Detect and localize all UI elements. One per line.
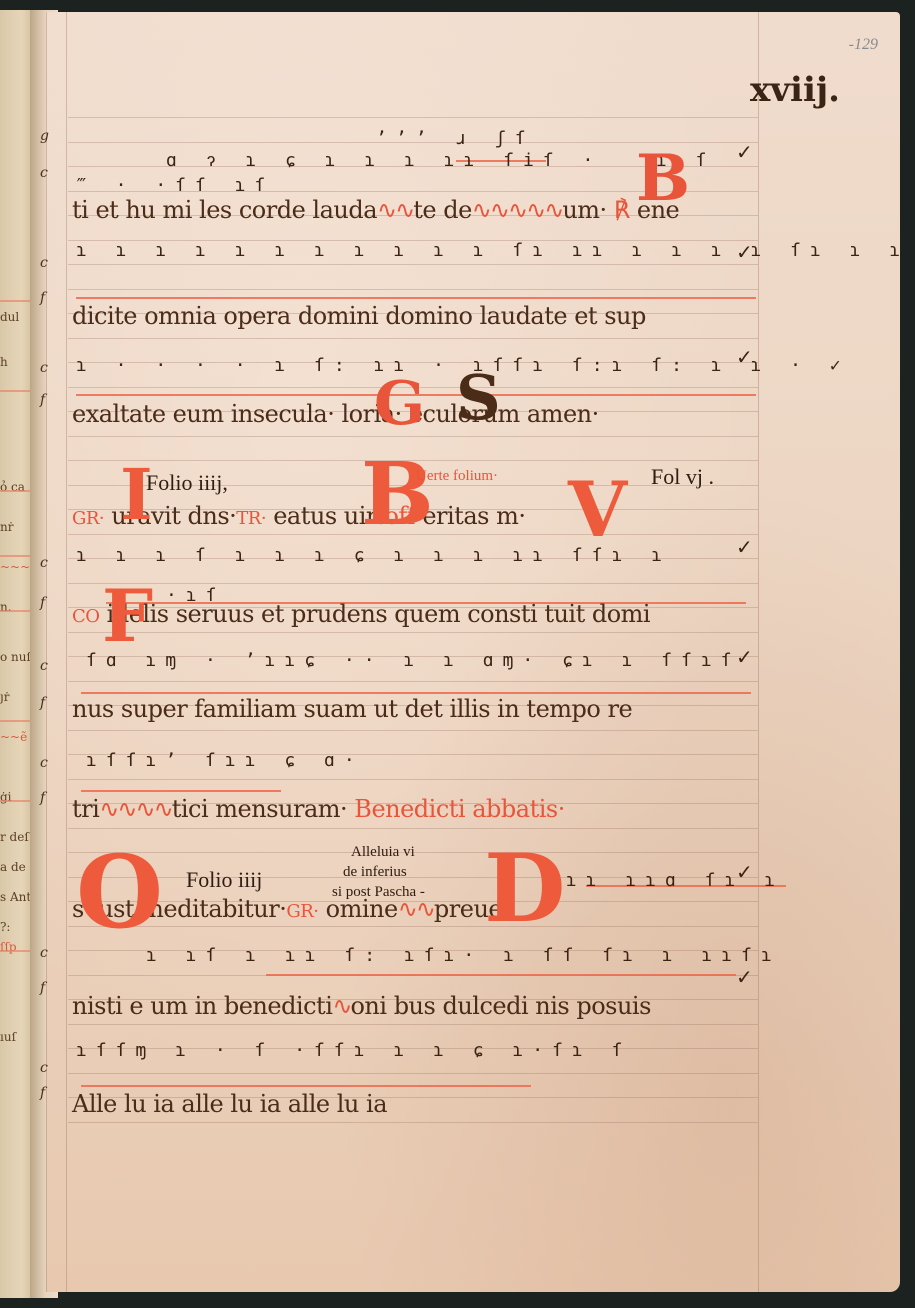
marginal-note: si post Pascha -	[332, 884, 425, 901]
neume-line: ſɑ ɿɱ · ʼɿɿɕ ·· ɿ ɿ ɑɱ· ɕɿ ɿ ſſɿſ	[86, 650, 741, 671]
marginal-note: Fol vj .	[651, 464, 714, 490]
lyric-line: nus super familiam suam ut det illis in …	[72, 695, 632, 723]
ruling-line	[68, 926, 758, 927]
facing-page-fragment: nṙ	[0, 520, 13, 534]
rubric-text: ℟	[607, 196, 637, 224]
lyric-text: nisti e um in benedicti	[72, 992, 332, 1020]
ruling-line	[68, 779, 758, 780]
clef-c: c	[40, 945, 48, 961]
facing-page-fragment: ıuſ	[0, 1030, 16, 1044]
lyric-line: dicite omnia opera domini domino laudate…	[72, 302, 646, 330]
melisma-flourish: ∿	[332, 992, 350, 1020]
ruling-line	[68, 338, 758, 339]
ruling-line	[68, 289, 758, 290]
ruling-line	[68, 264, 758, 265]
ruling-line	[68, 1122, 758, 1123]
lyric-line: ti et hu mi les corde lauda∿∿te de∿∿∿∿∿u…	[72, 196, 679, 224]
clef-c: c	[40, 755, 48, 771]
marginal-note: Folio iiij,	[146, 470, 228, 496]
ruling-line	[68, 632, 758, 633]
clef-f: f	[40, 392, 45, 408]
initial-letter-g: G	[374, 374, 425, 434]
initial-letter-o: O	[76, 842, 163, 942]
facing-page-fragment: h	[0, 355, 8, 369]
custos-mark: ✓	[736, 240, 753, 264]
lyric-text: tri	[72, 795, 99, 823]
lyric-text: oni bus dulcedi nis posuis	[350, 992, 650, 1020]
neume-line: ʼʼʼ ɹ ʃſ	[376, 128, 535, 149]
lyric-line: exaltate eum insecula· loria· eculorum a…	[72, 400, 599, 428]
custos-mark: ✓	[736, 645, 753, 669]
right-margin-rule	[758, 12, 759, 1292]
lyric-text: exaltate eum insecula· loria· eculorum a…	[72, 400, 599, 428]
inner-margin-rule	[66, 12, 67, 1292]
clef-f: f	[40, 1085, 45, 1101]
facing-page-fragment: ~~~	[0, 560, 30, 574]
clef-f: f	[40, 595, 45, 611]
lyric-text: idelis seruus et prudens quem consti tui…	[100, 600, 651, 628]
red-staff-line	[81, 790, 281, 792]
facing-page-fragment: ?:	[0, 920, 10, 934]
custos-mark: ✓	[736, 965, 753, 989]
facing-page-fragment: r deſ	[0, 830, 29, 844]
clef-c: c	[40, 360, 48, 376]
rubric-text: TR·	[236, 508, 266, 529]
lyric-text: ti et hu mi les corde lauda	[72, 196, 377, 224]
red-staff-line	[81, 692, 751, 694]
clef-f: f	[40, 980, 45, 996]
lyric-text: tici mensuram·	[172, 795, 347, 823]
rubric-text: CO	[72, 606, 100, 627]
lyric-line: Alle lu ia alle lu ia alle lu ia	[72, 1090, 387, 1118]
clef-c: c	[40, 658, 48, 674]
marginal-note: Uerte folium·	[416, 468, 498, 485]
neume-line: ɿ ɿſ ɿ ɿɿ ſ: ɿſɿ· ɿ ſſ ſɿ ɿ ɿɿſɿ	[146, 945, 781, 966]
initial-letter-f: F	[102, 580, 153, 652]
ruling-line	[68, 583, 758, 584]
lyric-line: tri∿∿∿∿tici mensuram· Benedicti abbatis·	[72, 795, 565, 823]
lyric-text: um·	[562, 196, 606, 224]
initial-letter-d: D	[484, 842, 566, 936]
neume-line: ɿ ɿ ɿ ɿ ɿ ɿ ɿ ɿ ɿ ɿ ɿ ſɿ ɿɿ ɿ ɿ ɿ ɿ ſɿ ɿ…	[76, 240, 915, 261]
red-staff-line	[81, 1085, 531, 1087]
clef-f: f	[40, 695, 45, 711]
marginal-note: Alleluia vi	[351, 844, 415, 861]
initial-letter-b: B	[361, 452, 434, 538]
ruling-line	[68, 730, 758, 731]
clef-c: c	[40, 255, 48, 271]
facing-page-fragment: o nuſ	[0, 650, 31, 664]
clef-c: c	[40, 555, 48, 571]
facing-page-fragment: s Ant	[0, 890, 31, 904]
lyric-text: Alle lu ia alle lu ia alle lu ia	[72, 1090, 387, 1118]
marginal-note: Folio iiij	[186, 867, 262, 893]
initial-letter-v: V	[568, 472, 627, 548]
rubric-text: GR·	[72, 508, 104, 529]
custos-mark: ✓	[736, 140, 753, 164]
neume-line: ‴ · ·ſſ ɿſ	[76, 175, 274, 196]
melisma-flourish: ∿∿	[377, 196, 413, 224]
clef-f: f	[40, 790, 45, 806]
left-margin-rule	[46, 12, 47, 1292]
clef-c: c	[40, 1060, 48, 1076]
melisma-flourish: ∿∿∿∿∿	[472, 196, 563, 224]
facing-page-fragment: ȷṙ	[0, 690, 9, 704]
ruling-line	[68, 681, 758, 682]
custos-mark: ✓	[736, 535, 753, 559]
lyric-text: te de	[413, 196, 472, 224]
rubric-text: Benedicti abbatis·	[347, 795, 565, 823]
custos-mark: ✓	[736, 860, 753, 884]
ruling-line	[68, 828, 758, 829]
manuscript-page: xviij. -129 gccfcfcfcfcfcfcf ʼʼʼ ɹ ʃſɑ ɂ…	[46, 12, 900, 1292]
red-staff-line	[266, 974, 736, 976]
initial-letter-s: S	[456, 367, 501, 429]
clef-g: g	[40, 128, 49, 144]
ruling-line	[68, 1073, 758, 1074]
marginal-note: de inferius	[343, 864, 407, 881]
custos-mark: ✓	[736, 345, 753, 369]
clef-c: c	[40, 165, 48, 181]
lyric-text: dicite omnia opera domini domino laudate…	[72, 302, 646, 330]
lyric-text: nus super familiam suam ut det illis in …	[72, 695, 632, 723]
initial-letter-b: B	[636, 147, 690, 211]
facing-page-fragment: ~~ẽ	[0, 730, 27, 744]
rubric-text: GR·	[286, 901, 318, 922]
red-staff-line	[76, 297, 756, 299]
ruling-line	[68, 117, 758, 118]
neume-line: ɿſſɿʼ ſɿɿ ɕ ɑ·	[86, 750, 364, 771]
lyric-line: nisti e um in benedicti∿oni bus dulcedi …	[72, 992, 651, 1020]
pencil-folio-number: -129	[849, 36, 878, 54]
facing-page-fragment: dul	[0, 310, 19, 324]
neume-line: ɿſſɱ ɿ · ſ ·ſſɿ ɿ ɿ ɕ ɿ·ſɿ ſ	[76, 1040, 631, 1061]
clef-f: f	[40, 290, 45, 306]
melisma-flourish: ∿∿∿∿	[99, 795, 171, 823]
folio-roman-number: xviij.	[750, 70, 840, 110]
neume-line: ɑ ɂ ɿ ɕ ɿ ɿ ɿ ɿɿ ſiſ ·	[166, 150, 602, 172]
lyric-line: CO idelis seruus et prudens quem consti …	[72, 600, 650, 628]
ruling-line	[68, 1024, 758, 1025]
